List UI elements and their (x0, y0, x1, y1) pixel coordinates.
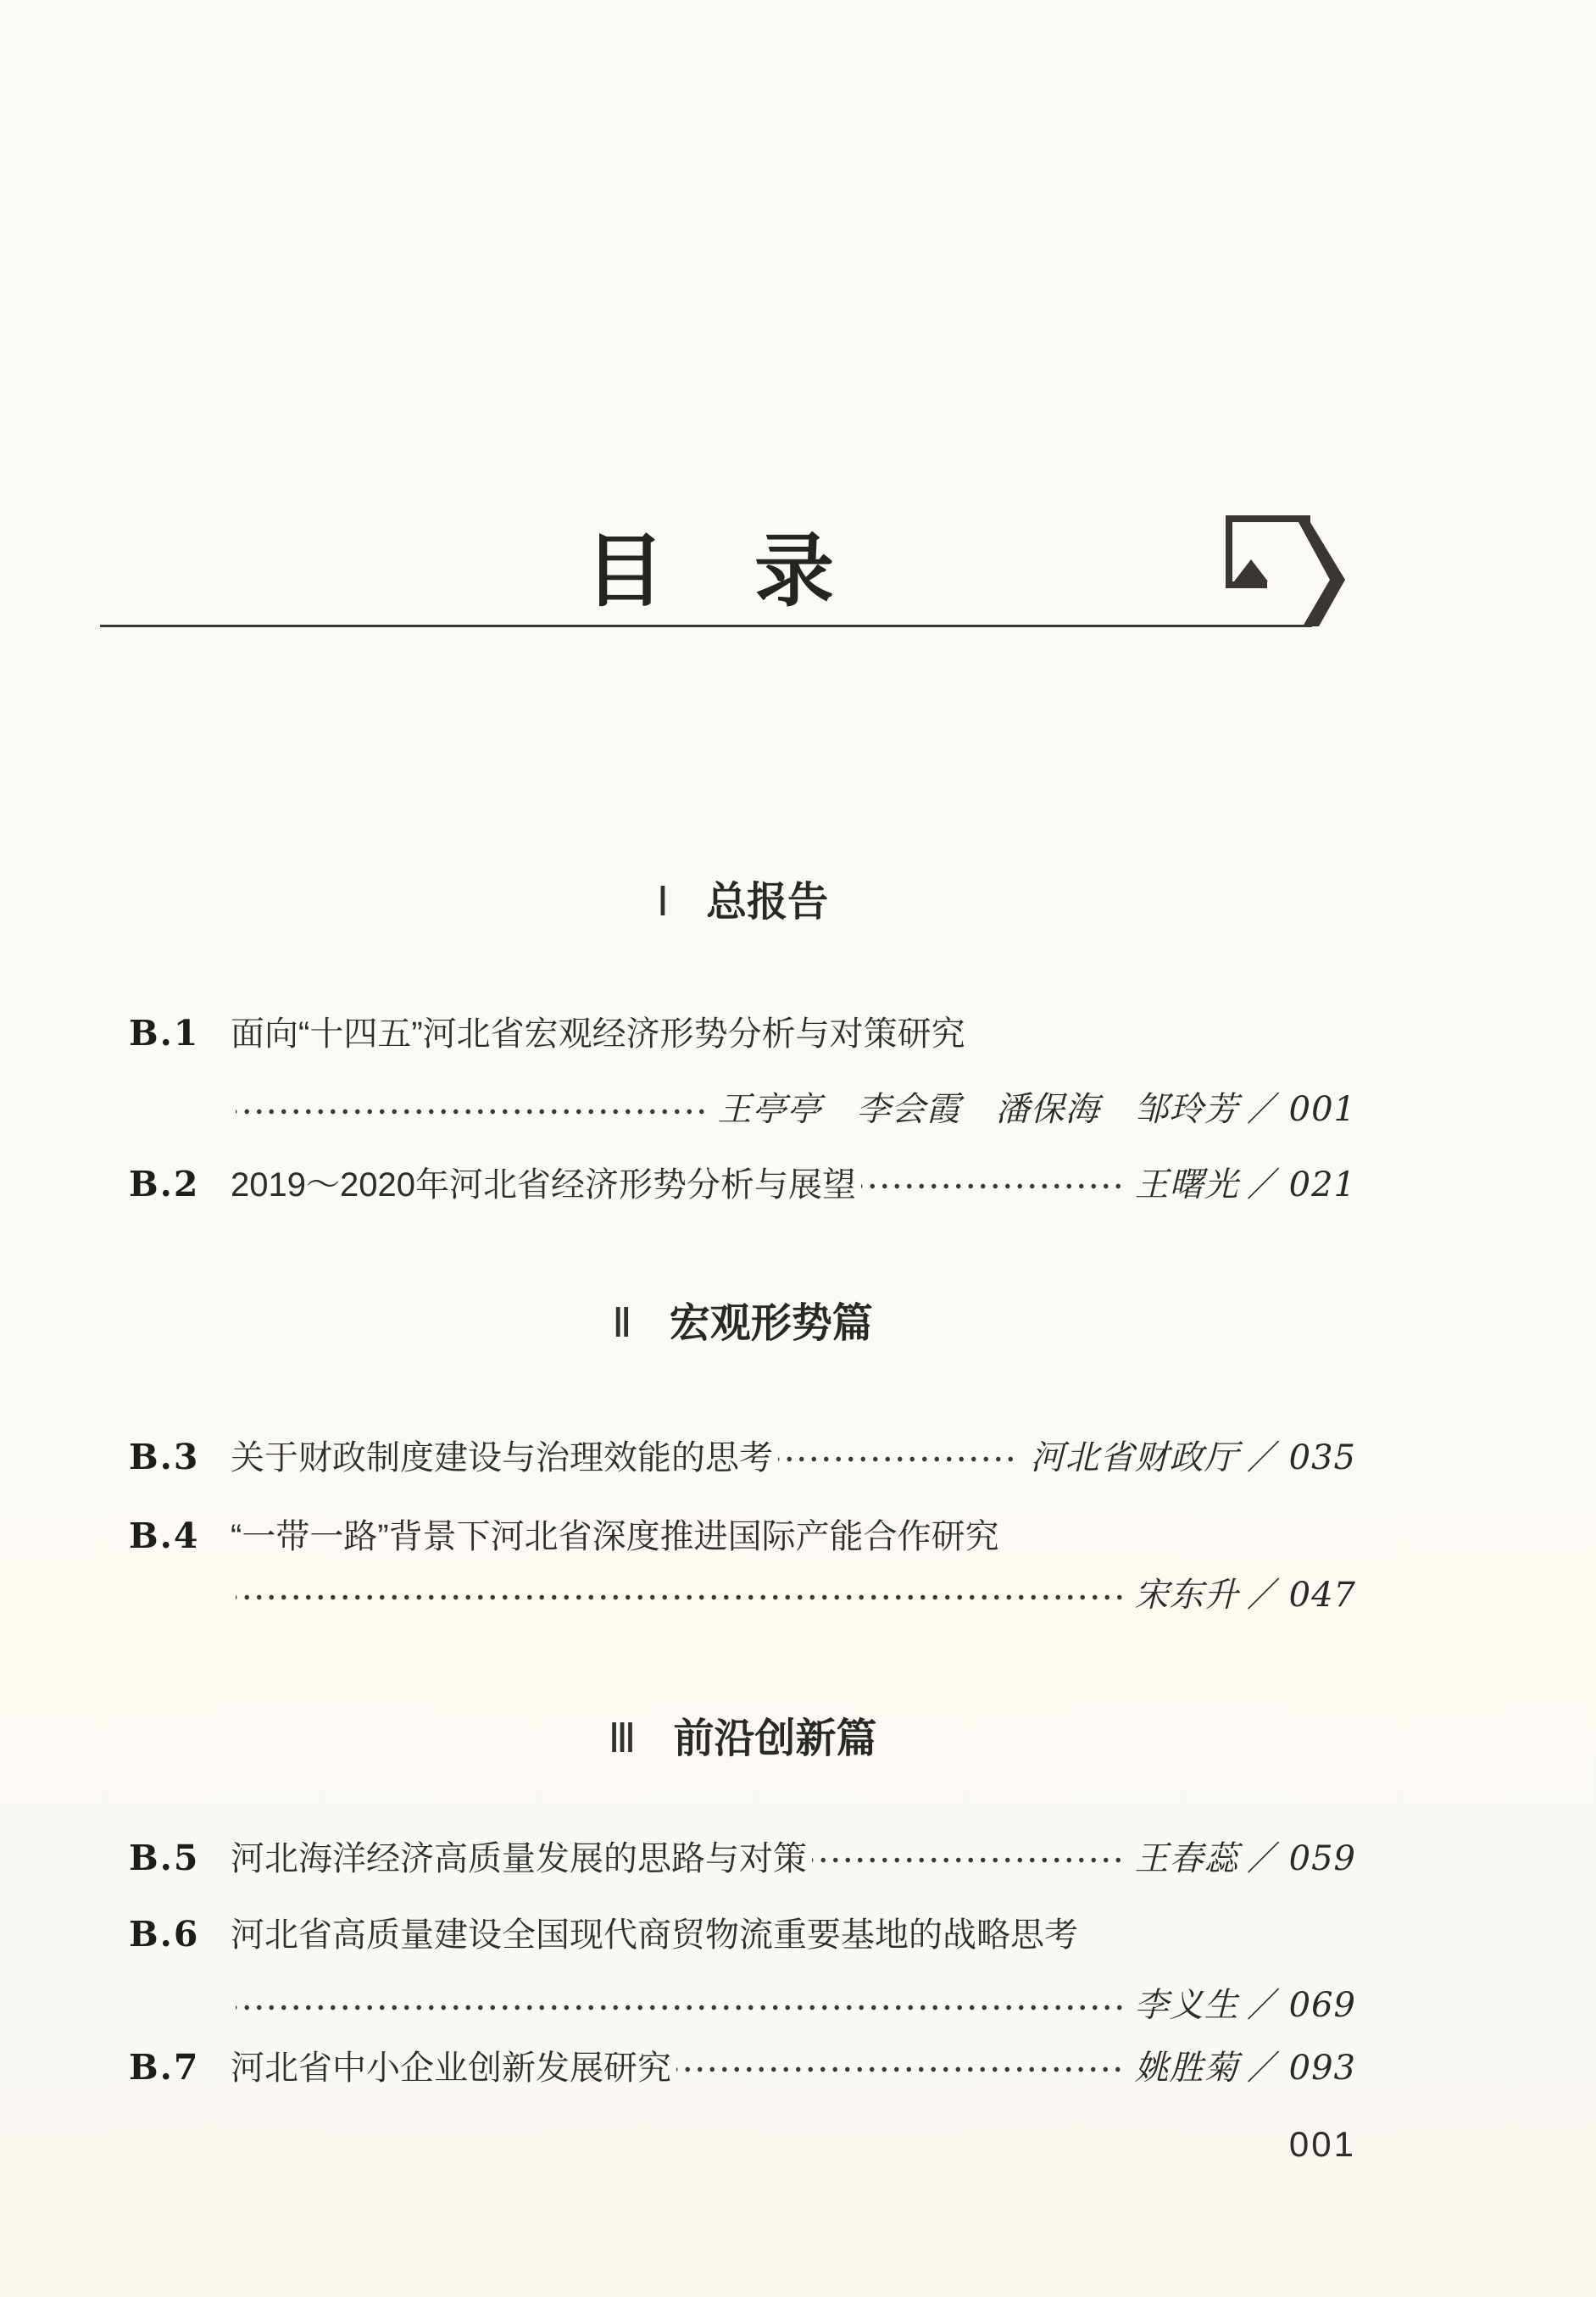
author-page-separator: ／ (1247, 1090, 1282, 1129)
dot-leader (236, 1093, 706, 1126)
author-page-separator: ／ (1247, 1839, 1282, 1878)
dot-leader (236, 1988, 1123, 2022)
entry-credit: 王曙光／021 (1135, 1165, 1356, 1205)
entry-credit: 宋东升／047 (1135, 1575, 1356, 1616)
author-page-separator: ／ (1247, 1438, 1282, 1477)
section-name: 宏观形势篇 (670, 1301, 873, 1346)
entry-authors: 姚胜菊 (1135, 2049, 1239, 2088)
entry-page-number: 001 (1289, 1090, 1356, 1129)
entry-authors: 河北省财政厅 (1031, 1438, 1239, 1477)
toc-entry-b1-credit-row: 王亭亭 李会霞 潘保海 邹玲芳／001 (231, 1089, 1356, 1130)
entry-title: 2019～2020年河北省经济形势分析与展望 (231, 1165, 856, 1205)
toc-page: 目 录 Ⅰ总报告 B.1 面向“十四五”河北省宏观经济形势分析与对策研究 王亭亭… (0, 0, 1596, 2297)
toc-entry-b3-row: B.3 关于财政制度建设与治理效能的思考 河北省财政厅／035 (129, 1437, 1356, 1478)
entry-credit: 李义生／069 (1135, 1985, 1356, 2026)
entry-authors: 宋东升 (1135, 1576, 1239, 1615)
section-name: 前沿创新篇 (674, 1716, 877, 1761)
entry-page-number: 021 (1289, 1165, 1356, 1204)
entry-page-number: 035 (1289, 1438, 1356, 1477)
author-page-separator: ／ (1247, 2049, 1282, 2088)
toc-entry-b6-title-row: B.6 河北省高质量建设全国现代商贸物流重要基地的战略思考 (129, 1914, 1356, 1955)
author-page-separator: ／ (1247, 1986, 1282, 2025)
dot-leader (861, 1168, 1123, 1202)
section-heading-1: Ⅰ总报告 (129, 869, 1356, 927)
entry-credit: 姚胜菊／093 (1135, 2048, 1356, 2088)
book-series-arrow-logo-icon (1219, 510, 1348, 629)
toc-entry-b7-row: B.7 河北省中小企业创新发展研究 姚胜菊／093 (129, 2047, 1356, 2088)
entry-title: 面向“十四五”河北省宏观经济形势分析与对策研究 (231, 1014, 965, 1054)
section-numeral: Ⅱ (612, 1301, 632, 1346)
entry-index: B.4 (129, 1516, 231, 1557)
entry-page-number: 047 (1289, 1576, 1356, 1615)
entry-credit: 王春蕊／059 (1135, 1838, 1356, 1879)
entry-index: B.3 (129, 1437, 231, 1478)
title-rule (100, 625, 1312, 627)
entry-authors: 李义生 (1135, 1986, 1239, 2025)
dot-leader (812, 1842, 1123, 1876)
author-page-separator: ／ (1247, 1576, 1282, 1615)
entry-credit: 河北省财政厅／035 (1031, 1438, 1356, 1478)
entry-index: B.5 (129, 1838, 231, 1879)
toc-entry-b1-title-row: B.1 面向“十四五”河北省宏观经济形势分析与对策研究 (129, 1013, 1356, 1054)
entry-title: 河北省高质量建设全国现代商贸物流重要基地的战略思考 (231, 1915, 1078, 1955)
folio-page-number: 001 (129, 2124, 1356, 2165)
toc-entry-b5-row: B.5 河北海洋经济高质量发展的思路与对策 王春蕊／059 (129, 1838, 1356, 1879)
entry-title: 关于财政制度建设与治理效能的思考 (231, 1438, 773, 1478)
toc-entry-b6-credit-row: 李义生／069 (231, 1985, 1356, 2026)
entry-title: “一带一路”背景下河北省深度推进国际产能合作研究 (231, 1516, 999, 1557)
entry-index: B.2 (129, 1164, 231, 1205)
entry-page-number: 093 (1289, 2049, 1356, 2088)
entry-index: B.1 (129, 1013, 231, 1054)
dot-leader (236, 1578, 1123, 1612)
author-page-separator: ／ (1247, 1165, 1282, 1204)
section-name: 总报告 (706, 880, 828, 925)
entry-authors: 王亭亭 李会霞 潘保海 邹玲芳 (718, 1090, 1239, 1129)
section-heading-3: Ⅲ前沿创新篇 (129, 1705, 1356, 1764)
entry-credit: 王亭亭 李会霞 潘保海 邹玲芳／001 (718, 1089, 1356, 1130)
section-numeral: Ⅰ (657, 880, 669, 925)
page-title: 目 录 (0, 507, 1424, 621)
toc-entry-b4-credit-row: 宋东升／047 (231, 1575, 1356, 1616)
dot-leader (778, 1441, 1019, 1475)
toc-entry-b4-title-row: B.4 “一带一路”背景下河北省深度推进国际产能合作研究 (129, 1516, 1356, 1557)
entry-authors: 王春蕊 (1135, 1839, 1239, 1878)
section-heading-2: Ⅱ宏观形势篇 (129, 1290, 1356, 1349)
entry-page-number: 069 (1289, 1986, 1356, 2025)
entry-index: B.7 (129, 2047, 231, 2088)
entry-title: 河北省中小企业创新发展研究 (231, 2048, 671, 2088)
entry-index: B.6 (129, 1914, 231, 1955)
dot-leader (676, 2051, 1123, 2085)
entry-title: 河北海洋经济高质量发展的思路与对策 (231, 1838, 807, 1879)
section-numeral: Ⅲ (608, 1716, 636, 1761)
entry-page-number: 059 (1289, 1839, 1356, 1878)
entry-authors: 王曙光 (1135, 1165, 1239, 1204)
toc-entry-b2-row: B.2 2019～2020年河北省经济形势分析与展望 王曙光／021 (129, 1164, 1356, 1205)
